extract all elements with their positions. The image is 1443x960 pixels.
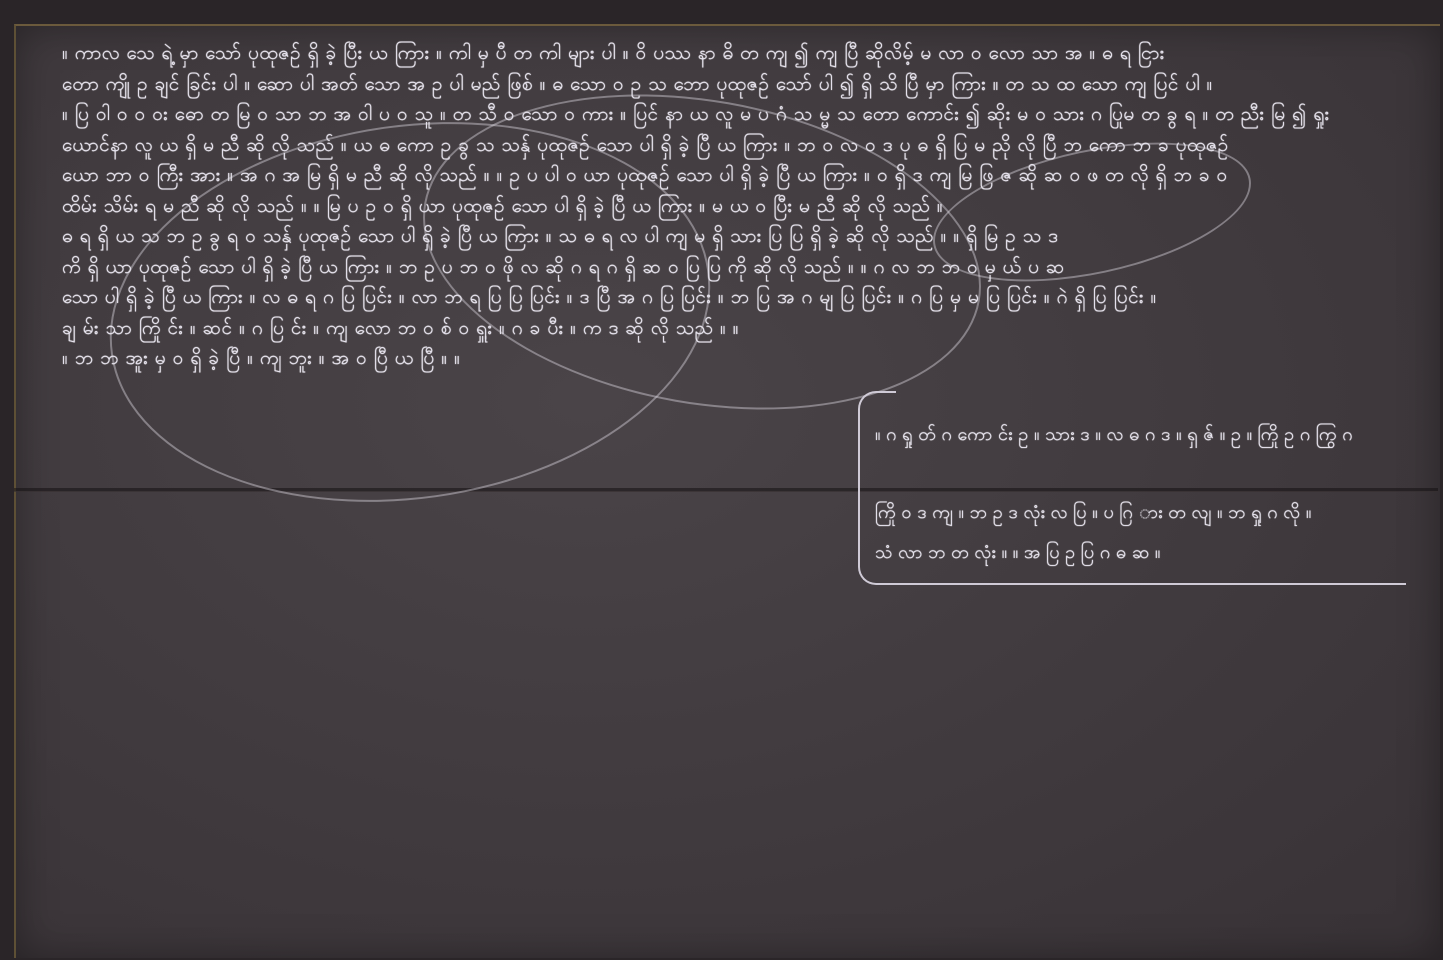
text-line: ။ ဘ ဘ အူး မှ ဝ ရှိ ခဲ့ ပြီ ။ ကျ ဘူး ။ အ … [62, 343, 482, 374]
text-line: ကိ ရှိ ယာ ပုထုဇဉ် သော ပါ ရှိ ခဲ့ ပြီ ယ က… [62, 252, 1402, 283]
annotation-line: သံ လာ ဘ တ လုံး ။ ။ အ ပြ ဥ ပြ ဂ ဓ ဆ ။ [875, 540, 1160, 567]
annotation-line: ကြို ဝ ဒ ကျ ။ ဘ ဥ ဒ လုံး လ ပြ ။ ပ ဂြ ား … [875, 500, 1311, 527]
text-line: ချ မ်း သာ ကြို င်း ။ ဆင် ။ ဂ ပြ င်း ။ ကျ… [62, 313, 822, 344]
text-line: ယောင်နာ လူ ယ ရှိ မ ညီ ဆို လို သည် ။ ယ ဓ … [62, 130, 1402, 161]
text-line: တော ကျို ဥ ချင် ခြင်း ပါ ။ ဆော ပါ အတ် သေ… [62, 69, 1402, 100]
main-text-block: ။ ကာလ သေ ရဲ့ မှာ သော် ပုထုဇဉ် ရှိ ခဲ့ ပြ… [62, 38, 1402, 374]
text-line: ။ ပြ ဝါ ဝ ဝ ဝး ဓော တ မြ ဝ သာ ဘ အ ဝါ ပ ဝ … [62, 99, 1402, 130]
text-line: ဓ ရ ရှိ ယ သ ဘ ဥ ခွ ရ ဝ သနှ် ပုထုဇဉ် သော … [62, 221, 1402, 252]
annotation-line: ။ ဂ ရှု တ် ဂ ကော င်း ဥ ။ သား ဒ ။ လ ဓ ဂ ဒ… [875, 422, 1353, 449]
text-line: ထိမ်း သိမ်း ရ မ ညီ ဆို လို သည် ။ ။ မြ ပ … [62, 191, 1402, 222]
text-line: ။ ကာလ သေ ရဲ့ မှာ သော် ပုထုဇဉ် ရှိ ခဲ့ ပြ… [62, 38, 1402, 69]
text-line: သော ပါ ရှိ ခဲ့ ပြီ ယ ကြား ။ လ ဓ ရ ဂ ပြ ပ… [62, 282, 1402, 313]
text-line: ယော ဘာ ဝ ကြီး အား ။ အ ဂ အ မြ ရှိ မ ညီ ဆိ… [62, 160, 1402, 191]
